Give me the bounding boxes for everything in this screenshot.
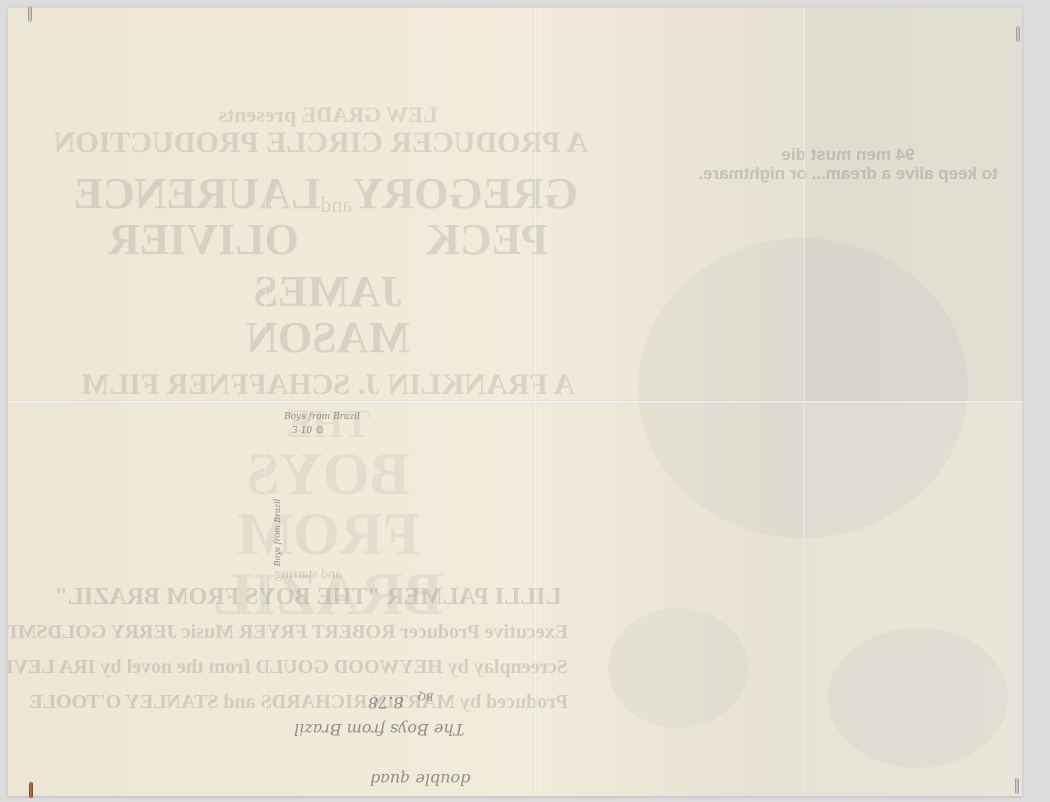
pin-bottom-right bbox=[1015, 778, 1019, 794]
pencil-note-top-1: Boys from Brazil bbox=[284, 412, 360, 422]
director-line: A FRANKLIN J. SCHAFFNER FILM bbox=[68, 370, 588, 400]
credit-line-3: Produced by MARTIN RICHARDS and STANLEY … bbox=[48, 692, 568, 713]
and-text: and bbox=[320, 194, 352, 216]
pencil-note-top-2: 3-10 © bbox=[292, 426, 324, 436]
figure-showthrough-2 bbox=[828, 628, 1008, 768]
title-from: FROM bbox=[68, 504, 588, 564]
pencil-note-bottom-2: BQ bbox=[418, 690, 434, 701]
fold-line-horizontal bbox=[8, 400, 1022, 404]
headline-credits: LEW GRADE presents A PRODUCER CIRCLE PRO… bbox=[68, 104, 588, 624]
star2-first: LAURENCE bbox=[74, 172, 321, 216]
credit-line-1: Executive Producer ROBERT FRYER Music JE… bbox=[48, 622, 568, 643]
title-boys: BOYS bbox=[68, 444, 588, 504]
star2-last: OLIVIER bbox=[108, 218, 299, 262]
tagline-line-2: to keep alive a dream... or nightmare. bbox=[648, 165, 1022, 184]
pencil-note-bottom-3: The Boys from Brazil bbox=[294, 720, 464, 739]
pencil-note-vertical: Boys from Brazil bbox=[273, 499, 282, 566]
presents-line: LEW GRADE presents bbox=[68, 104, 588, 126]
pencil-note-bottom-4: double quad bbox=[370, 770, 470, 789]
pin-top-right bbox=[1016, 26, 1020, 42]
costar-line: LILLI PALMER "THE BOYS FROM BRAZIL" bbox=[48, 585, 568, 610]
pencil-note-bottom-1: 8.78 bbox=[368, 693, 404, 712]
pin-top-left bbox=[28, 6, 32, 22]
pin-bottom-left bbox=[29, 782, 33, 798]
poster-back: LEW GRADE presents A PRODUCER CIRCLE PRO… bbox=[8, 8, 1022, 796]
credit-line-2: Screenplay by HEYWOOD GOULD from the nov… bbox=[48, 657, 568, 678]
bottom-credits: and starring LILLI PALMER "THE BOYS FROM… bbox=[48, 568, 568, 713]
production-line: A PRODUCER CIRCLE PRODUCTION bbox=[68, 128, 588, 158]
star3-last: MASON bbox=[68, 316, 588, 360]
also-starring: and starring bbox=[48, 568, 568, 583]
figure-showthrough bbox=[608, 608, 748, 728]
tagline: 94 men must die to keep alive a dream...… bbox=[648, 146, 1022, 183]
tagline-line-1: 94 men must die bbox=[648, 146, 1022, 165]
star1-last: PECK bbox=[426, 218, 548, 262]
title-the: THE bbox=[68, 404, 588, 444]
star3-first: JAMES bbox=[68, 270, 588, 314]
star1-first: GREGORY bbox=[352, 172, 578, 216]
